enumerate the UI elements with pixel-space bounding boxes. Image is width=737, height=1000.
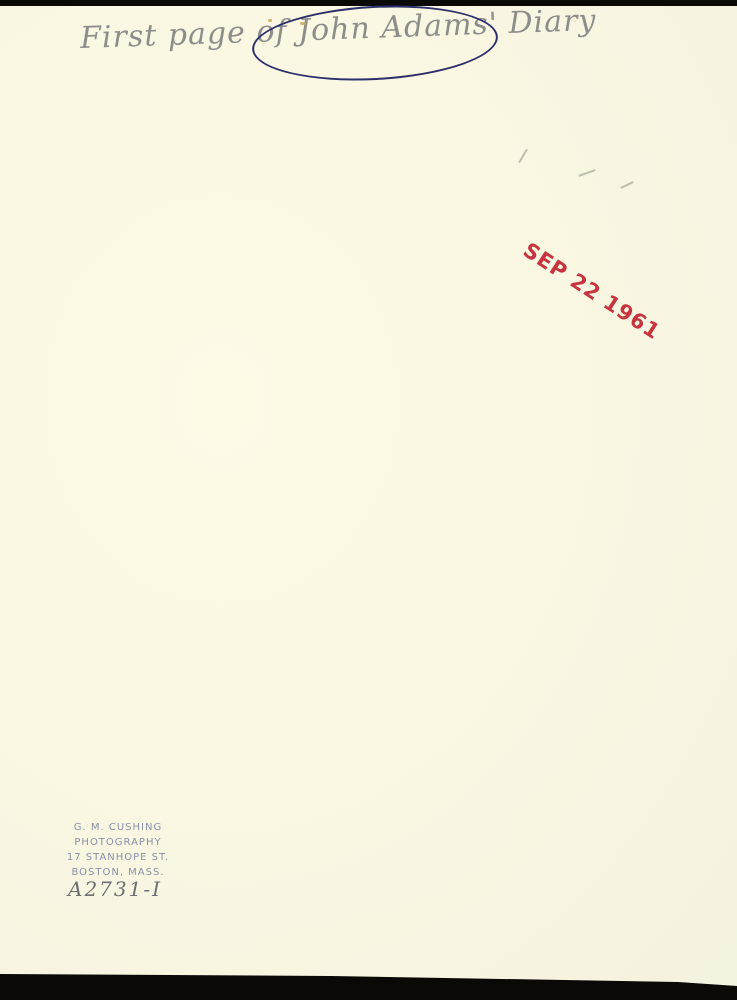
stain-mark bbox=[300, 22, 306, 25]
stain-mark bbox=[268, 19, 272, 22]
studio-stamp-line: PHOTOGRAPHY bbox=[62, 835, 174, 850]
studio-stamp-line: 17 STANHOPE ST. bbox=[62, 850, 174, 865]
studio-stamp: G. M. CUSHING PHOTOGRAPHY 17 STANHOPE ST… bbox=[62, 820, 174, 880]
studio-stamp-line: G. M. CUSHING bbox=[62, 820, 174, 835]
scan-top-edge bbox=[0, 0, 737, 6]
negative-number: A2731-I bbox=[68, 877, 162, 901]
